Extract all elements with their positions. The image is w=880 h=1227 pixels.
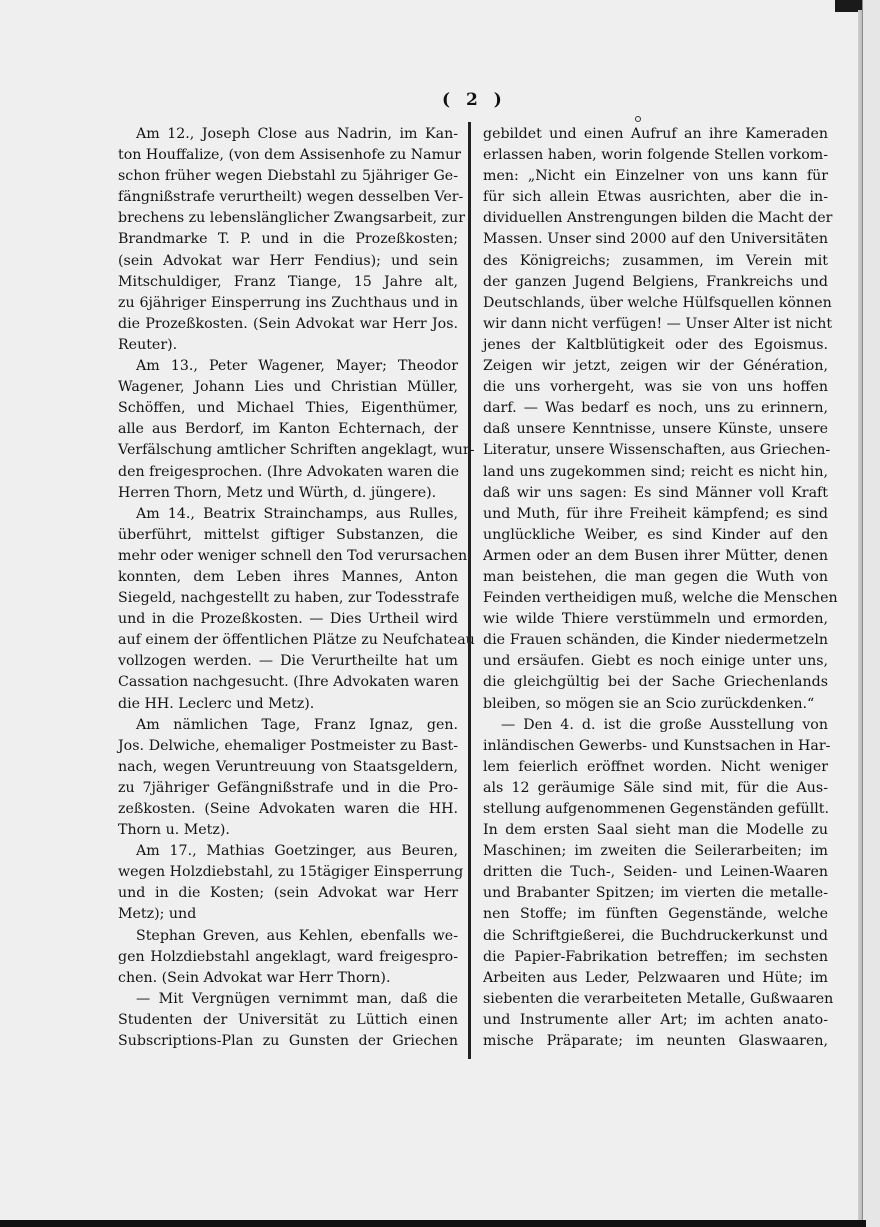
text-line: daß wir uns sagen: Es sind Männer voll K… — [483, 483, 828, 504]
text-line: und ersäufen. Giebt es noch einige unter… — [483, 651, 828, 672]
text-line: In dem ersten Saal sieht man die Modelle… — [483, 820, 828, 841]
text-line: Am 14., Beatrix Strainchamps, aus Rulles… — [118, 504, 458, 525]
text-line: (sein Advokat war Herr Fendius); und sei… — [118, 251, 458, 272]
text-line: konnten, dem Leben ihres Mannes, Anton — [118, 567, 458, 588]
text-line: wir dann nicht verfügen! — Unser Alter i… — [483, 314, 828, 335]
text-line: und in die Prozeßkosten. — Dies Urtheil … — [118, 609, 458, 630]
text-line: Arbeiten aus Leder, Pelzwaaren und Hüte;… — [483, 968, 828, 989]
text-line: den freigesprochen. (Ihre Advokaten ware… — [118, 462, 458, 483]
text-line: Stephan Greven, aus Kehlen, ebenfalls we… — [118, 926, 458, 947]
text-line: alle aus Berdorf, im Kanton Echternach, … — [118, 419, 458, 440]
text-line: Mitschuldiger, Franz Tiange, 15 Jahre al… — [118, 272, 458, 293]
text-line: siebenten die verarbeiteten Metalle, Guß… — [483, 989, 828, 1010]
text-line: Am 12., Joseph Close aus Nadrin, im Kan- — [118, 124, 458, 145]
text-line: dritten die Tuch-, Seiden- und Leinen-Wa… — [483, 862, 828, 883]
text-line: für sich allein Etwas ausrichten, aber d… — [483, 187, 828, 208]
text-line: erlassen haben, worin folgende Stellen v… — [483, 145, 828, 166]
text-line: die HH. Leclerc und Metz). — [118, 694, 458, 715]
text-line: — Mit Vergnügen vernimmt man, daß die — [118, 989, 458, 1010]
text-line: Feinden vertheidigen muß, welche die Men… — [483, 588, 828, 609]
text-line: Herren Thorn, Metz und Würth, d. jüngere… — [118, 483, 458, 504]
text-line: Siegeld, nachgestellt zu haben, zur Tode… — [118, 588, 458, 609]
text-line: daß unsere Kenntnisse, unsere Künste, un… — [483, 419, 828, 440]
newspaper-page: ( 2 ) Am 12., Joseph Close aus Nadrin, i… — [0, 0, 866, 1220]
text-line: die uns vorhergeht, was sie von uns hoff… — [483, 377, 828, 398]
text-line: schon früher wegen Diebstahl zu 5jährige… — [118, 166, 458, 187]
column-divider — [468, 122, 471, 1059]
text-line: Verfälschung amtlicher Schriften angekla… — [118, 440, 458, 461]
text-line: Zeigen wir jetzt, zeigen wir der Générat… — [483, 356, 828, 377]
text-line: fängnißstrafe verurtheilt) wegen desselb… — [118, 187, 458, 208]
text-line: land uns zugekommen sind; reicht es nich… — [483, 462, 828, 483]
text-line: Am 13., Peter Wagener, Mayer; Theodor — [118, 356, 458, 377]
text-line: Studenten der Universität zu Lüttich ein… — [118, 1010, 458, 1031]
text-line: wegen Holzdiebstahl, zu 15tägiger Einspe… — [118, 862, 458, 883]
text-line: und Brabanter Spitzen; im vierten die me… — [483, 883, 828, 904]
text-line: mische Präparate; im neunten Glaswaaren, — [483, 1031, 828, 1052]
text-line: gebildet und einen Aufruf an ihre Kamera… — [483, 124, 828, 145]
text-line: die Schriftgießerei, die Buchdruckerkuns… — [483, 926, 828, 947]
text-line: Armen oder an dem Busen ihrer Mütter, de… — [483, 546, 828, 567]
page-number: ( 2 ) — [442, 90, 507, 110]
text-line: Brandmarke T. P. und in die Prozeßkosten… — [118, 229, 458, 250]
text-line: Maschinen; im zweiten die Seilerarbeiten… — [483, 841, 828, 862]
text-line: Reuter). — [118, 335, 458, 356]
text-line: dividuellen Anstrengungen bilden die Mac… — [483, 208, 828, 229]
text-line: nen Stoffe; im fünften Gegenstände, welc… — [483, 904, 828, 925]
scan-shadow-bottom — [0, 1220, 866, 1227]
text-line: Am 17., Mathias Goetzinger, aus Beuren, — [118, 841, 458, 862]
text-line: die Frauen schänden, die Kinder niederme… — [483, 630, 828, 651]
print-mark — [635, 116, 641, 122]
binding-edge — [862, 0, 880, 1227]
text-line: des Königreichs; zusammen, im Verein mit — [483, 251, 828, 272]
left-column: Am 12., Joseph Close aus Nadrin, im Kan-… — [118, 124, 458, 1052]
text-line: ton Houffalize, (von dem Assisenhofe zu … — [118, 145, 458, 166]
text-line: überführt, mittelst giftiger Substanzen,… — [118, 525, 458, 546]
text-line: auf einem der öffentlichen Plätze zu Neu… — [118, 630, 458, 651]
text-line: Jos. Delwiche, ehemaliger Postmeister zu… — [118, 736, 458, 757]
text-line: und Instrumente aller Art; im achten ana… — [483, 1010, 828, 1031]
text-line: Schöffen, und Michael Thies, Eigenthümer… — [118, 398, 458, 419]
text-line: Massen. Unser sind 2000 auf den Universi… — [483, 229, 828, 250]
text-line: und in die Kosten; (sein Advokat war Her… — [118, 883, 458, 904]
text-line: Am nämlichen Tage, Franz Ignaz, gen. — [118, 715, 458, 736]
text-line: gen Holzdiebstahl angeklagt, ward freige… — [118, 947, 458, 968]
text-line: Metz); und — [118, 904, 458, 925]
text-line: darf. — Was bedarf es noch, uns zu erinn… — [483, 398, 828, 419]
text-line: Thorn u. Metz). — [118, 820, 458, 841]
text-line: zu 7jähriger Gefängnißstrafe und in die … — [118, 778, 458, 799]
text-line: mehr oder weniger schnell den Tod verurs… — [118, 546, 458, 567]
text-line: unglückliche Weiber, es sind Kinder auf … — [483, 525, 828, 546]
text-line: chen. (Sein Advokat war Herr Thorn). — [118, 968, 458, 989]
text-line: brechens zu lebenslänglicher Zwangsarbei… — [118, 208, 458, 229]
text-line: stellung aufgenommenen Gegenständen gefü… — [483, 799, 828, 820]
text-line: als 12 geräumige Säle sind mit, für die … — [483, 778, 828, 799]
text-line: Cassation nachgesucht. (Ihre Advokaten w… — [118, 672, 458, 693]
text-line: die gleichgültig bei der Sache Griechenl… — [483, 672, 828, 693]
text-line: bleiben, so mögen sie an Scio zurückdenk… — [483, 694, 828, 715]
text-line: lem feierlich eröffnet worden. Nicht wen… — [483, 757, 828, 778]
text-line: und Muth, für ihre Freiheit kämpfend; es… — [483, 504, 828, 525]
text-line: der ganzen Jugend Belgiens, Frankreichs … — [483, 272, 828, 293]
text-line: vollzogen werden. — Die Verurtheilte hat… — [118, 651, 458, 672]
text-line: zu 6jähriger Einsperrung ins Zuchthaus u… — [118, 293, 458, 314]
text-line: nach, wegen Veruntreuung von Staatsgelde… — [118, 757, 458, 778]
text-line: — Den 4. d. ist die große Ausstellung vo… — [483, 715, 828, 736]
text-line: die Prozeßkosten. (Sein Advokat war Herr… — [118, 314, 458, 335]
text-line: zeßkosten. (Seine Advokaten waren die HH… — [118, 799, 458, 820]
text-line: man beistehen, die man gegen die Wuth vo… — [483, 567, 828, 588]
text-line: Literatur, unsere Wissenschaften, aus Gr… — [483, 440, 828, 461]
text-line: Deutschlands, über welche Hülfsquellen k… — [483, 293, 828, 314]
text-line: Wagener, Johann Lies und Christian Mülle… — [118, 377, 458, 398]
text-line: inländischen Gewerbs- und Kunstsachen in… — [483, 736, 828, 757]
text-line: Subscriptions-Plan zu Gunsten der Griech… — [118, 1031, 458, 1052]
text-line: jenes der Kaltblütigkeit oder des Egoism… — [483, 335, 828, 356]
text-line: die Papier-Fabrikation betreffen; im sec… — [483, 947, 828, 968]
right-column: gebildet und einen Aufruf an ihre Kamera… — [483, 124, 828, 1052]
text-line: wie wilde Thiere verstümmeln und ermorde… — [483, 609, 828, 630]
text-line: men: „Nicht ein Einzelner von uns kann f… — [483, 166, 828, 187]
